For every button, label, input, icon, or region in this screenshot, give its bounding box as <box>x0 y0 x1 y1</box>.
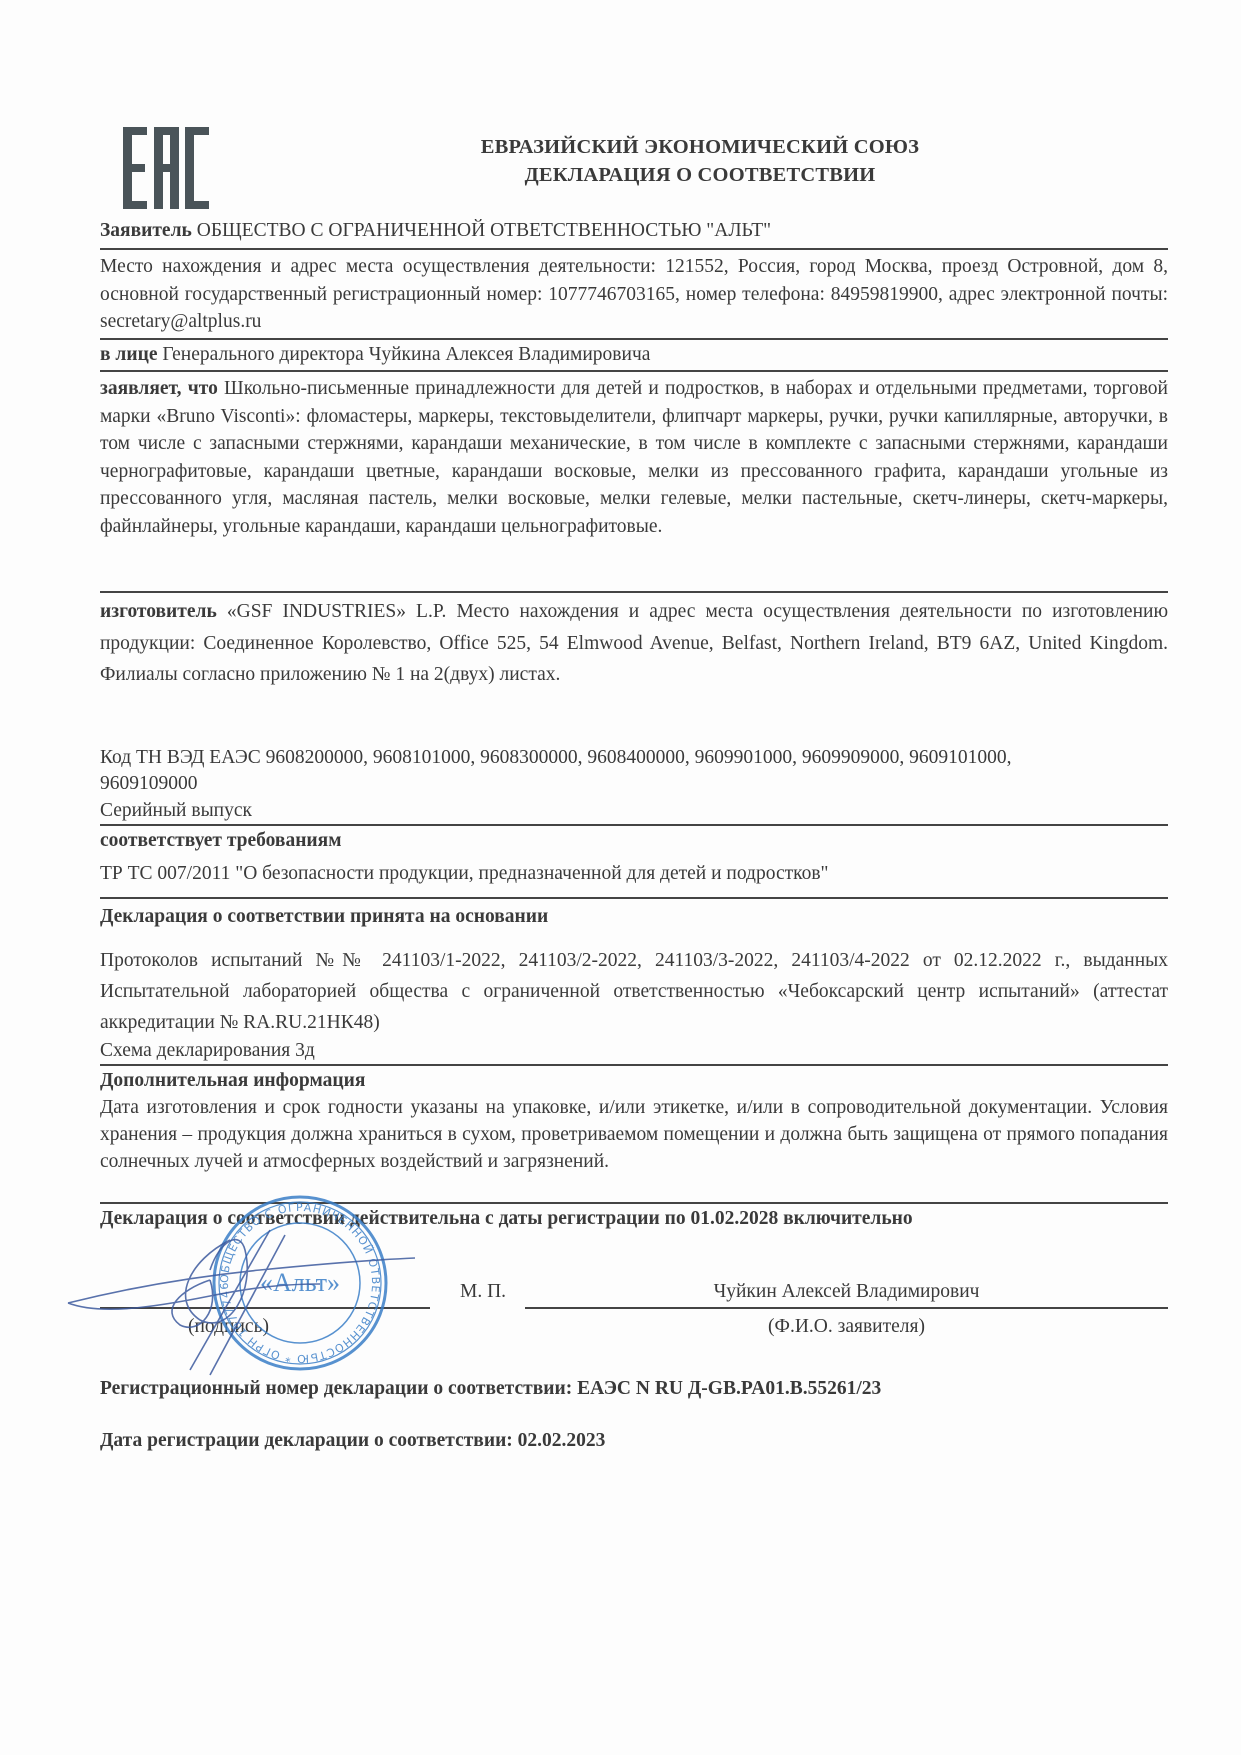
declares-value: Школьно-письменные принадлежности для де… <box>100 378 1168 537</box>
manufacturer-row: изготовитель «GSF INDUSTRIES» L.P. Место… <box>100 596 1168 691</box>
registration-number-value: ЕАЭС N RU Д-GB.PA01.B.55261/23 <box>577 1378 881 1399</box>
applicant-address: Место нахождения и адрес места осуществл… <box>100 253 1168 336</box>
manufacturer-value: «GSF INDUSTRIES» L.P. Место нахождения и… <box>100 601 1168 685</box>
eac-logo-icon <box>123 127 209 209</box>
tn-ved-codes: Код ТН ВЭД ЕАЭС 9608200000, 9608101000, … <box>100 745 1110 797</box>
divider <box>100 897 1168 899</box>
applicant-label: Заявитель <box>100 220 192 241</box>
divider <box>100 338 1168 340</box>
requirements-value: ТР ТС 007/2011 "О безопасности продукции… <box>100 861 1168 887</box>
divider <box>100 370 1168 372</box>
registration-number-label: Регистрационный номер декларации о соотв… <box>100 1378 572 1399</box>
basis-value: Протоколов испытаний №№ 241103/1-2022, 2… <box>100 945 1168 1038</box>
union-title: ЕВРАЗИЙСКИЙ ЭКОНОМИЧЕСКИЙ СОЮЗ <box>350 133 1050 161</box>
registration-date-label: Дата регистрации декларации о соответств… <box>100 1430 513 1451</box>
manufacturer-label: изготовитель <box>100 601 217 622</box>
declaration-scheme: Схема декларирования 3д <box>100 1038 1168 1064</box>
divider <box>100 591 1168 593</box>
divider <box>100 248 1168 250</box>
declares-label: заявляет, что <box>100 378 218 399</box>
divider <box>100 824 1168 826</box>
applicant-value: ОБЩЕСТВО С ОГРАНИЧЕННОЙ ОТВЕТСТВЕННОСТЬЮ… <box>197 220 771 241</box>
additional-value: Дата изготовления и срок годности указан… <box>100 1094 1168 1175</box>
applicant-name: Чуйкин Алексей Владимирович <box>525 1279 1168 1305</box>
document-title: ДЕКЛАРАЦИЯ О СООТВЕТСТВИИ <box>350 161 1050 189</box>
represented-label: в лице <box>100 344 157 365</box>
release-type: Серийный выпуск <box>100 798 1168 824</box>
represented-value: Генерального директора Чуйкина Алексея В… <box>162 344 650 365</box>
document-header: ЕВРАЗИЙСКИЙ ЭКОНОМИЧЕСКИЙ СОЮЗ ДЕКЛАРАЦИ… <box>350 133 1050 189</box>
name-line <box>525 1307 1168 1309</box>
applicant-name-caption: (Ф.И.О. заявителя) <box>525 1314 1168 1340</box>
basis-label: Декларация о соответствии принята на осн… <box>100 904 1168 930</box>
represented-row: в лице Генерального директора Чуйкина Ал… <box>100 342 1168 368</box>
declaration-page: ЕВРАЗИЙСКИЙ ЭКОНОМИЧЕСКИЙ СОЮЗ ДЕКЛАРАЦИ… <box>0 0 1241 1755</box>
registration-date-value: 02.02.2023 <box>518 1430 606 1451</box>
additional-label: Дополнительная информация <box>100 1068 1168 1094</box>
applicant-row: Заявитель ОБЩЕСТВО С ОГРАНИЧЕННОЙ ОТВЕТС… <box>100 218 1168 244</box>
declares-row: заявляет, что Школьно-письменные принадл… <box>100 375 1168 540</box>
requirements-label: соответствует требованиям <box>100 828 1168 854</box>
registration-date-row: Дата регистрации декларации о соответств… <box>100 1428 1168 1454</box>
handwritten-signature <box>60 1200 420 1380</box>
divider <box>100 1064 1168 1066</box>
